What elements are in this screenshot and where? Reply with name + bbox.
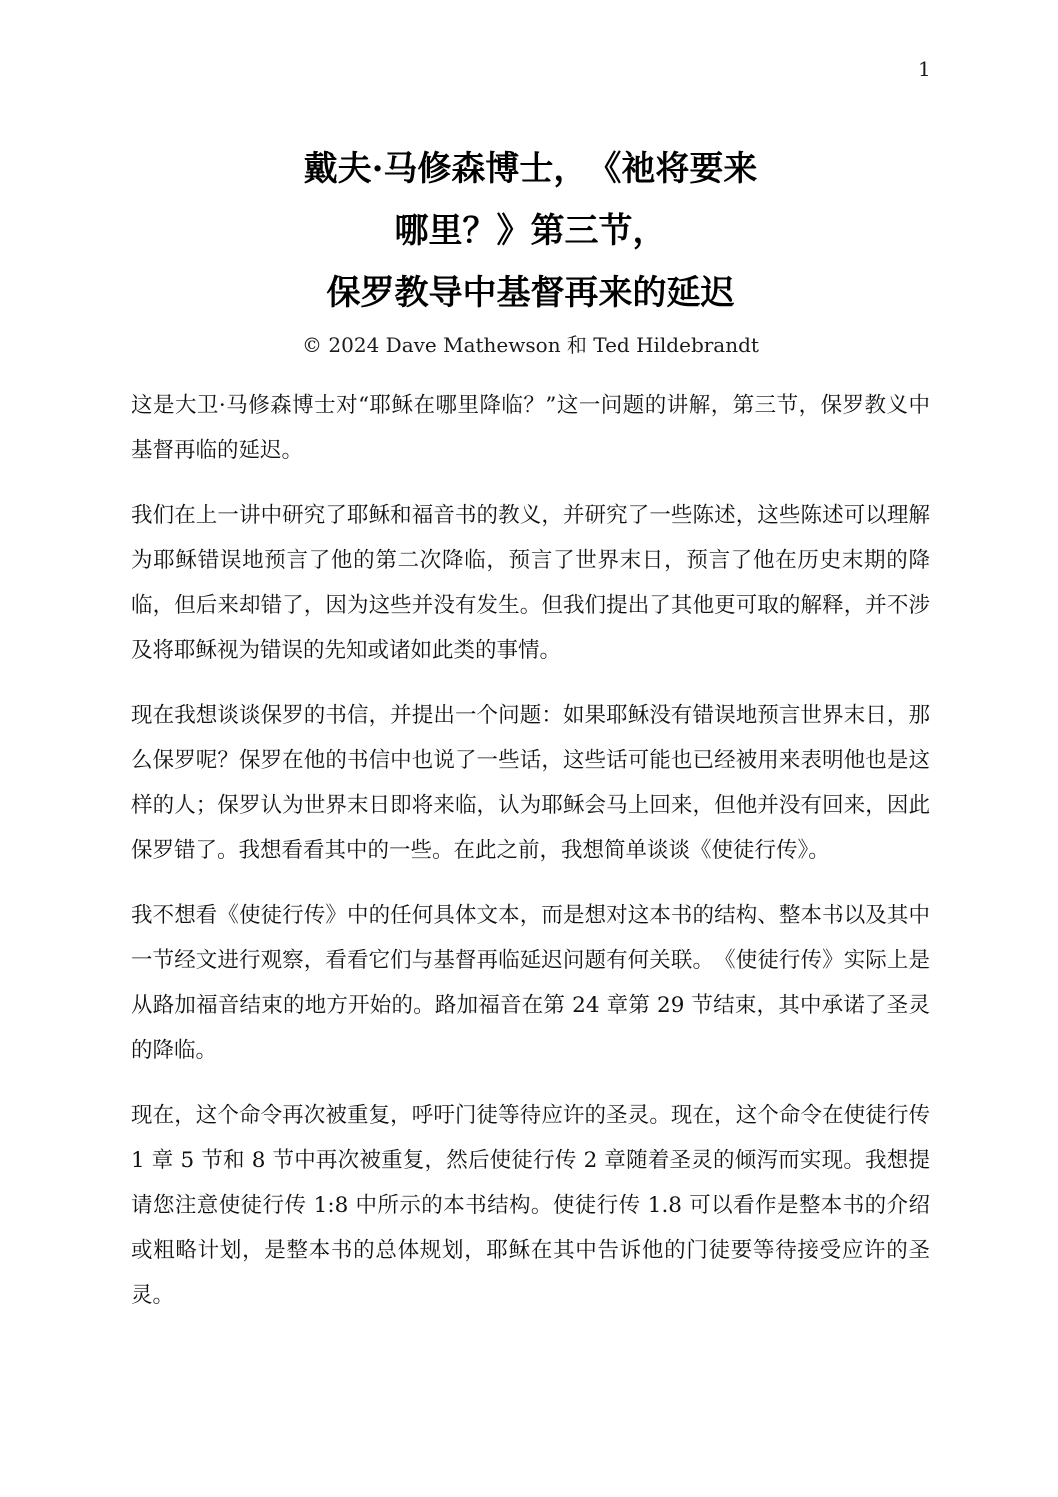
document-title: 戴夫·马修森博士， 《祂将要来 哪里？》第三节， 保罗教导中基督再来的延迟 [131,138,930,324]
title-line-1: 戴夫·马修森博士， 《祂将要来 [131,138,930,200]
title-line-3: 保罗教导中基督再来的延迟 [131,262,930,324]
body-paragraph-4: 我不想看《使徒行传》中的任何具体文本，而是想对这本书的结构、整本书以及其中一节经… [131,893,930,1073]
copyright-line: © 2024 Dave Mathewson 和 Ted Hildebrandt [131,332,930,359]
document-page: 1 戴夫·马修森博士， 《祂将要来 哪里？》第三节， 保罗教导中基督再来的延迟 … [0,0,1058,1497]
document-content: 戴夫·马修森博士， 《祂将要来 哪里？》第三节， 保罗教导中基督再来的延迟 © … [131,0,930,1338]
document-body: 这是大卫·马修森博士对“耶稣在哪里降临？”这一问题的讲解，第三节，保罗教义中基督… [131,383,930,1318]
body-paragraph-1: 这是大卫·马修森博士对“耶稣在哪里降临？”这一问题的讲解，第三节，保罗教义中基督… [131,383,930,473]
body-paragraph-3: 现在我想谈谈保罗的书信，并提出一个问题：如果耶稣没有错误地预言世界末日，那么保罗… [131,693,930,873]
body-paragraph-5: 现在，这个命令再次被重复，呼吁门徒等待应许的圣灵。现在，这个命令在使徒行传 1 … [131,1093,930,1318]
title-line-2: 哪里？》第三节， [131,200,930,262]
body-paragraph-2: 我们在上一讲中研究了耶稣和福音书的教义，并研究了一些陈述，这些陈述可以理解为耶稣… [131,493,930,673]
